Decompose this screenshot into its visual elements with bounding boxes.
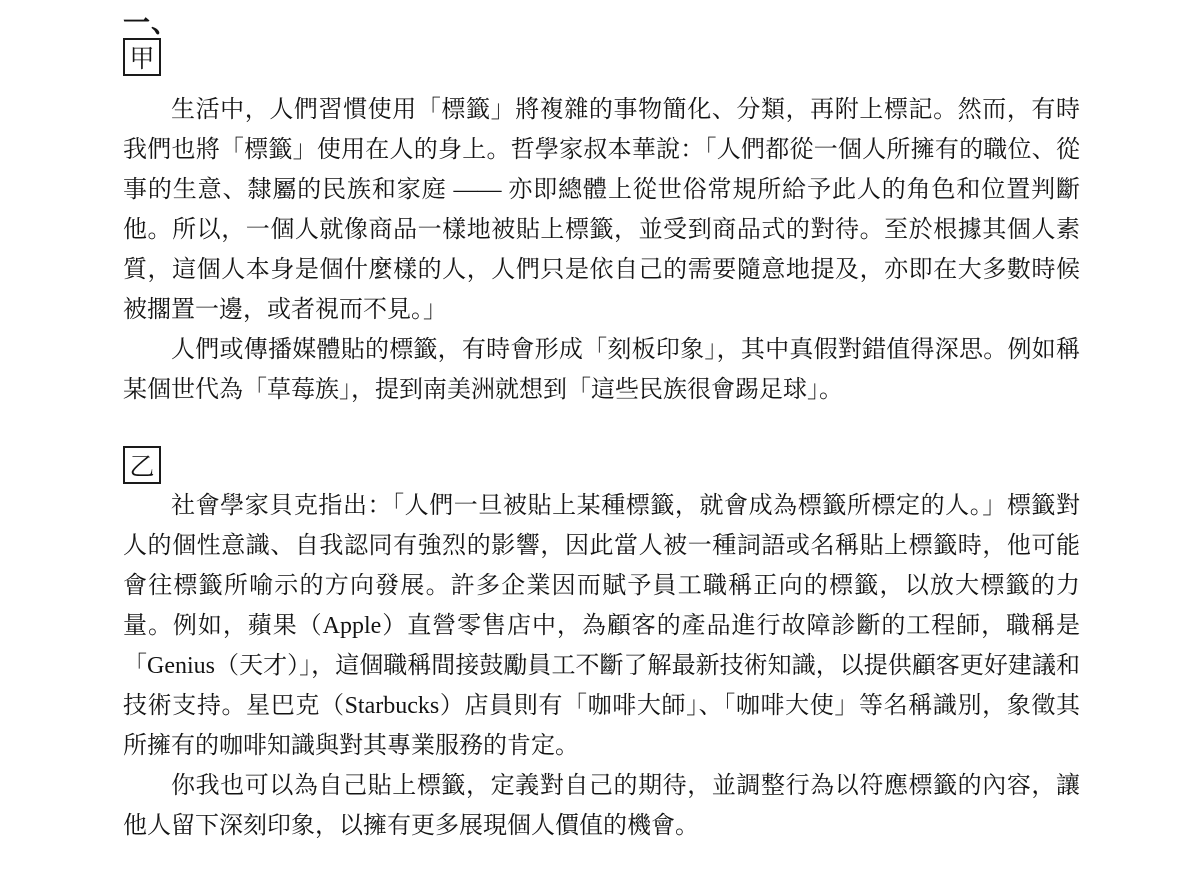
document-page: 一、 甲 生活中，人們習慣使用「標籤」將複雜的事物簡化、分類，再附上標記。然而，… (0, 0, 1186, 891)
passage-jia: 甲 生活中，人們習慣使用「標籤」將複雜的事物簡化、分類，再附上標記。然而，有時我… (123, 38, 1080, 410)
passage-yi-paragraph-2: 你我也可以為自己貼上標籤，定義對自己的期待，並調整行為以符應標籤的內容，讓他人留… (123, 766, 1080, 846)
passage-jia-label-box: 甲 (123, 38, 161, 76)
passage-jia-label: 甲 (129, 39, 154, 75)
passage-jia-paragraph-1: 生活中，人們習慣使用「標籤」將複雜的事物簡化、分類，再附上標記。然而，有時我們也… (123, 90, 1080, 330)
passage-yi-label: 乙 (129, 447, 154, 483)
section-number: 一、 (123, 8, 1080, 38)
passage-yi-label-box: 乙 (123, 446, 161, 484)
passage-yi: 乙 社會學家貝克指出：「人們一旦被貼上某種標籤，就會成為標籤所標定的人。」標籤對… (123, 446, 1080, 846)
passage-yi-paragraph-1: 社會學家貝克指出：「人們一旦被貼上某種標籤，就會成為標籤所標定的人。」標籤對人的… (123, 486, 1080, 766)
passage-jia-paragraph-2: 人們或傳播媒體貼的標籤，有時會形成「刻板印象」，其中真假對錯值得深思。例如稱某個… (123, 330, 1080, 410)
